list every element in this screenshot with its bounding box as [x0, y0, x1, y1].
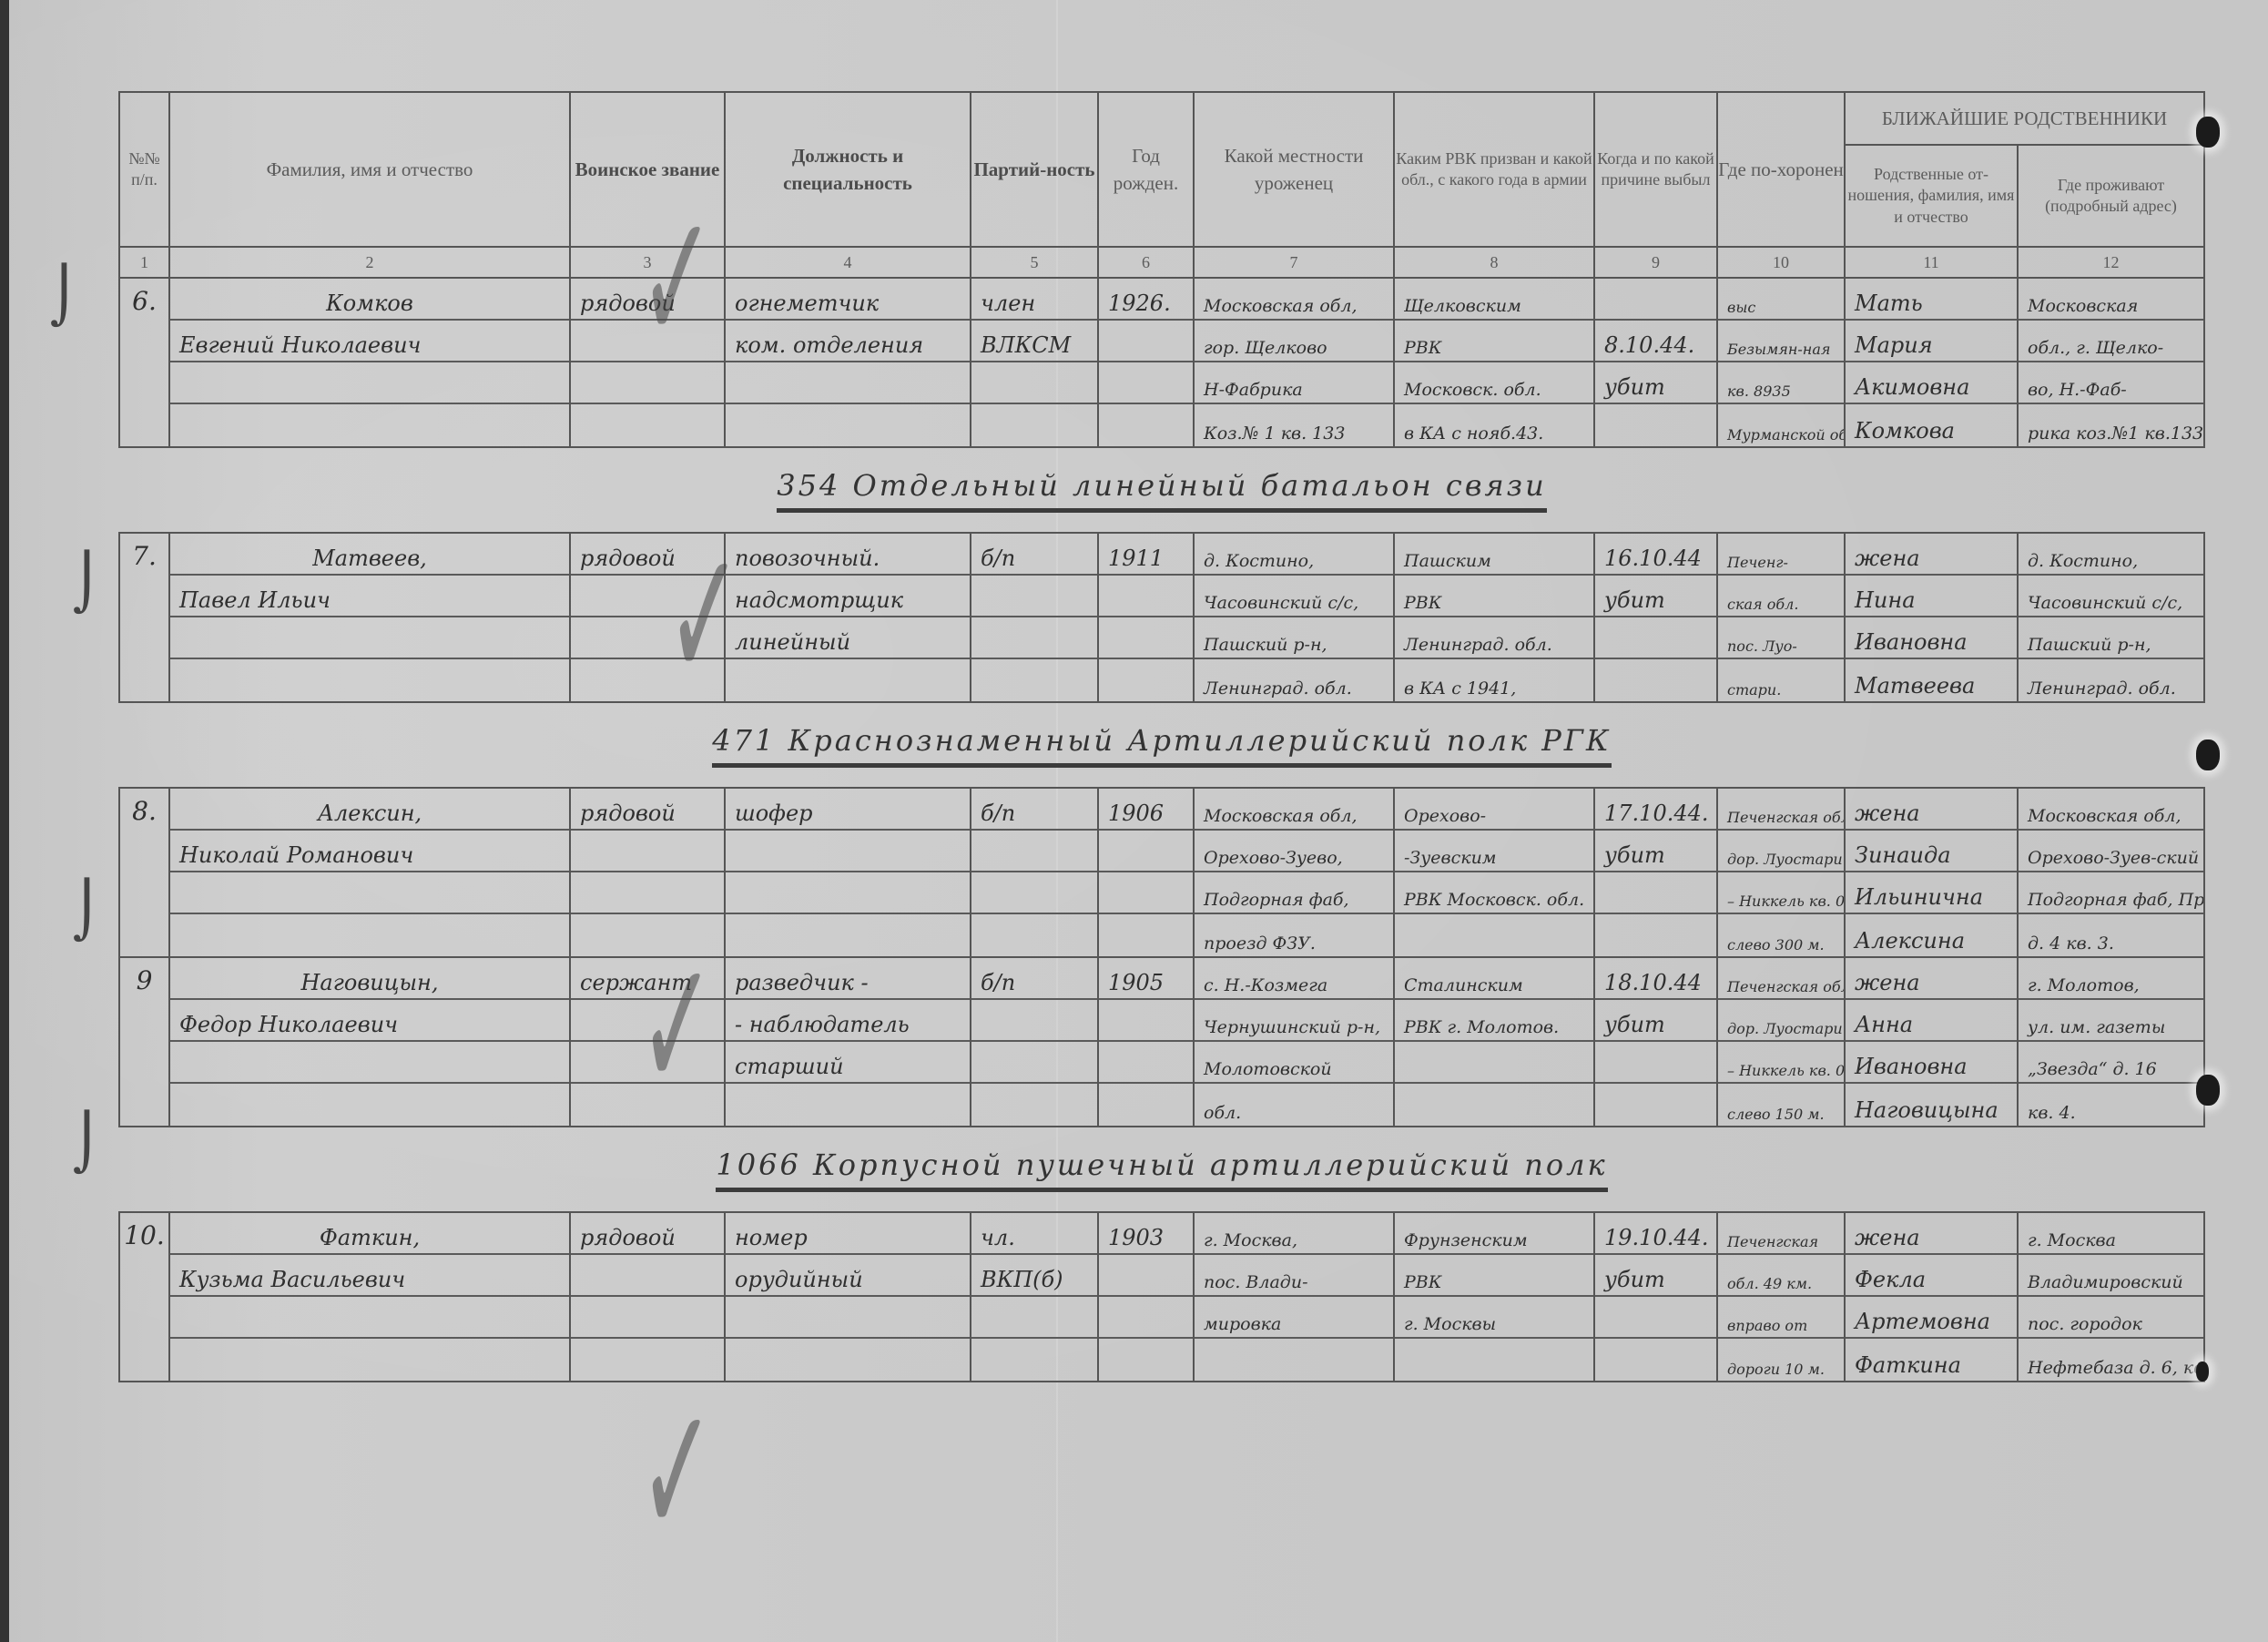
address-line: г. Москва — [2019, 1213, 2203, 1255]
rank-line — [571, 872, 724, 914]
name-line — [170, 617, 569, 659]
rvk-cell: Орехово--ЗуевскимРВК Московск. обл. — [1394, 788, 1594, 957]
when-why-line: 16.10.44 — [1595, 534, 1716, 576]
col-header-rvk: Каким РВК призван и какой обл., с какого… — [1394, 92, 1594, 247]
rvk-line: РВК Московск. обл. — [1395, 872, 1593, 914]
relative-line: Артемовна — [1846, 1297, 2017, 1339]
address-line: Ленинград. обл. — [2019, 659, 2203, 701]
position-line — [726, 1297, 970, 1339]
buried-line: обл. 49 км. — [1718, 1255, 1844, 1297]
address-line: Владимировский — [2019, 1255, 2203, 1297]
address-cell: г. МоскваВладимировскийпос. городокНефте… — [2018, 1212, 2204, 1382]
birthplace-line: Московская обл, — [1195, 279, 1393, 321]
birth-year-line — [1099, 1255, 1193, 1297]
party-line — [971, 1000, 1097, 1042]
birth-year-line — [1099, 404, 1193, 446]
when-why-line: 8.10.44. — [1595, 321, 1716, 362]
when-why-line — [1595, 1084, 1716, 1126]
position-line: орудийный — [726, 1255, 970, 1297]
buried-line: дор. Луостари — [1718, 831, 1844, 872]
unit-section-title: 471 Краснознаменный Артиллерийский полк … — [712, 723, 1611, 768]
party-line — [971, 659, 1097, 701]
address-line: Пашский р-н, — [2019, 617, 2203, 659]
position-cell: номерорудийный — [725, 1212, 971, 1382]
address-cell: Московскаяобл., г. Щелко-во, Н.-Фаб-рика… — [2018, 278, 2204, 447]
relative-cell: МатьМарияАкимовнаКомкова — [1845, 278, 2018, 447]
address-line: Московская — [2019, 279, 2203, 321]
birthplace-cell: с. Н.-КозмегаЧернушинский р-н,Молотовско… — [1194, 957, 1394, 1127]
address-line: рика коз.№1 кв.133 — [2019, 404, 2203, 446]
party-line — [971, 1084, 1097, 1126]
rvk-line: РВК г. Молотов. — [1395, 1000, 1593, 1042]
buried-cell: Печенгскаяобл. 49 км.вправо отдороги 10 … — [1717, 1212, 1845, 1382]
name-cell: Матвеев,Павел Ильич — [169, 533, 570, 702]
name-line — [170, 404, 569, 446]
position-line — [726, 914, 970, 956]
birth-year-line — [1099, 1297, 1193, 1339]
address-line: Московская обл, — [2019, 789, 2203, 831]
birthplace-cell: г. Москва,пос. Влади-мировка — [1194, 1212, 1394, 1382]
relative-line: жена — [1846, 534, 2017, 576]
name-line — [170, 1339, 569, 1381]
rank-line — [571, 404, 724, 446]
birthplace-line: обл. — [1195, 1084, 1393, 1126]
buried-line: Печенгская — [1718, 1213, 1844, 1255]
when-why-line: 18.10.44 — [1595, 958, 1716, 1000]
entry-number: 9 — [119, 957, 169, 1127]
rvk-line: Сталинским — [1395, 958, 1593, 1000]
rvk-line — [1395, 1339, 1593, 1381]
address-line: кв. 4. — [2019, 1084, 2203, 1126]
unit-section-cell: 471 Краснознаменный Артиллерийский полк … — [119, 702, 2204, 788]
position-line: огнеметчик — [726, 279, 970, 321]
position-cell: повозочный.надсмотрщиклинейный — [725, 533, 971, 702]
birth-year-line: 1903 — [1099, 1213, 1193, 1255]
party-line: член — [971, 279, 1097, 321]
col-num: 5 — [971, 247, 1098, 278]
when-why-line — [1595, 914, 1716, 956]
table-row: 6.КомковЕвгений Николаевичрядовойогнемет… — [119, 278, 2204, 447]
birthplace-cell: д. Костино,Часовинский с/с,Пашский р-н,Л… — [1194, 533, 1394, 702]
birthplace-line: Пашский р-н, — [1195, 617, 1393, 659]
when-why-line: убит — [1595, 576, 1716, 617]
birthplace-line: Ленинград. обл. — [1195, 659, 1393, 701]
rvk-line: -Зуевским — [1395, 831, 1593, 872]
relative-cell: женаНинаИвановнаМатвеева — [1845, 533, 2018, 702]
party-cell: чл.ВКП(б) — [971, 1212, 1098, 1382]
party-line: чл. — [971, 1213, 1097, 1255]
when-why-line: 17.10.44. — [1595, 789, 1716, 831]
name-line — [170, 872, 569, 914]
address-cell: г. Молотов,ул. им. газеты„Звезда“ д. 16к… — [2018, 957, 2204, 1127]
rvk-line: Московск. обл. — [1395, 362, 1593, 404]
birth-year-cell: 1926. — [1098, 278, 1194, 447]
rvk-line — [1395, 914, 1593, 956]
party-line — [971, 1042, 1097, 1084]
name-line — [170, 1042, 569, 1084]
birthplace-line: г. Москва, — [1195, 1213, 1393, 1255]
birth-year-line: 1905 — [1099, 958, 1193, 1000]
relative-line: Зинаида — [1846, 831, 2017, 872]
birth-year-line — [1099, 914, 1193, 956]
buried-cell: высБезымян-наякв. 8935Мурманской обл. — [1717, 278, 1845, 447]
birth-year-cell: 1911 — [1098, 533, 1194, 702]
party-line: ВКП(б) — [971, 1255, 1097, 1297]
birthplace-line: гор. Щелково — [1195, 321, 1393, 362]
rvk-cell: ЩелковскимРВКМосковск. обл.в КА с нояб.4… — [1394, 278, 1594, 447]
buried-line: Печенгская обл. — [1718, 789, 1844, 831]
birth-year-line — [1099, 1042, 1193, 1084]
when-why-line — [1595, 404, 1716, 446]
col-num: 9 — [1594, 247, 1717, 278]
table-row: 8.Алексин,Николай Романовичрядовойшоферб… — [119, 788, 2204, 957]
birthplace-line: Коз.№ 1 кв. 133 — [1195, 404, 1393, 446]
table-row: 9Наговицын,Федор Николаевичсержантразвед… — [119, 957, 2204, 1127]
name-line — [170, 362, 569, 404]
col-num: 12 — [2018, 247, 2204, 278]
position-cell: огнеметчикком. отделения — [725, 278, 971, 447]
address-line: д. 4 кв. 3. — [2019, 914, 2203, 956]
col-header-buried: Где по-хоронен — [1717, 92, 1845, 247]
when-why-cell: 17.10.44.убит — [1594, 788, 1717, 957]
buried-line: Безымян-ная — [1718, 321, 1844, 362]
buried-line: выс — [1718, 279, 1844, 321]
birthplace-line: пос. Влади- — [1195, 1255, 1393, 1297]
rvk-cell: ПашскимРВКЛенинград. обл.в КА с 1941, — [1394, 533, 1594, 702]
relative-line: Нина — [1846, 576, 2017, 617]
check-mark-icon: ✓ — [639, 920, 716, 1132]
relative-line: Наговицына — [1846, 1084, 2017, 1126]
name-cell: КомковЕвгений Николаевич — [169, 278, 570, 447]
col-header-party: Партий-ность — [971, 92, 1098, 247]
rank-line: рядовой — [571, 1213, 724, 1255]
unit-section-row: 1066 Корпусной пушечный артиллерийский п… — [119, 1127, 2204, 1212]
position-line: старший — [726, 1042, 970, 1084]
when-why-line — [1595, 1297, 1716, 1339]
col-num: 11 — [1845, 247, 2018, 278]
entry-number: 10. — [119, 1212, 169, 1382]
col-num: 6 — [1098, 247, 1194, 278]
address-cell: д. Костино,Часовинский с/с,Пашский р-н,Л… — [2018, 533, 2204, 702]
name-cell: Алексин,Николай Романович — [169, 788, 570, 957]
address-line: обл., г. Щелко- — [2019, 321, 2203, 362]
address-line: Часовинский с/с, — [2019, 576, 2203, 617]
position-line: разведчик - — [726, 958, 970, 1000]
party-line: б/п — [971, 958, 1097, 1000]
col-header-address: Где проживают (подробный адрес) — [2018, 145, 2204, 247]
margin-tick-icon: ⌡ — [73, 1111, 101, 1175]
col-header-when-why: Когда и по какой причине выбыл — [1594, 92, 1717, 247]
birth-year-cell: 1906 — [1098, 788, 1194, 957]
check-mark-icon: ✓ — [639, 1366, 716, 1578]
margin-tick-icon: ⌡ — [73, 879, 101, 943]
name-cell: Наговицын,Федор Николаевич — [169, 957, 570, 1127]
col-header-birth-year: Год рожден. — [1098, 92, 1194, 247]
birth-year-line: 1926. — [1099, 279, 1193, 321]
check-mark-icon: ✓ — [639, 173, 716, 385]
birthplace-line: с. Н.-Козмега — [1195, 958, 1393, 1000]
col-num: 8 — [1394, 247, 1594, 278]
col-header-relative: Родственные от-ношения, фамилия, имя и о… — [1845, 145, 2018, 247]
rvk-line: Фрунзенским — [1395, 1213, 1593, 1255]
party-line — [971, 872, 1097, 914]
when-why-cell: 18.10.44убит — [1594, 957, 1717, 1127]
position-line — [726, 1084, 970, 1126]
name-line: Комков — [170, 279, 569, 321]
rank-line — [571, 1297, 724, 1339]
position-line — [726, 404, 970, 446]
name-line — [170, 1297, 569, 1339]
address-cell: Московская обл,Орехово-Зуев-ский район,П… — [2018, 788, 2204, 957]
buried-line: дороги 10 м. — [1718, 1339, 1844, 1381]
position-line — [726, 872, 970, 914]
party-cell: б/п — [971, 957, 1098, 1127]
name-line — [170, 914, 569, 956]
relative-line: жена — [1846, 958, 2017, 1000]
relative-line: Комкова — [1846, 404, 2017, 446]
buried-line: Мурманской обл. — [1718, 404, 1844, 446]
rvk-line: Пашским — [1395, 534, 1593, 576]
relative-line: Ильинична — [1846, 872, 2017, 914]
birthplace-line: Орехово-Зуево, — [1195, 831, 1393, 872]
address-line: ул. им. газеты — [2019, 1000, 2203, 1042]
birthplace-line: Московская обл, — [1195, 789, 1393, 831]
relative-line: жена — [1846, 1213, 2017, 1255]
check-mark-icon: ✓ — [666, 510, 743, 722]
birth-year-line: 1906 — [1099, 789, 1193, 831]
relative-line: Ивановна — [1846, 1042, 2017, 1084]
col-num: 7 — [1194, 247, 1394, 278]
name-line — [170, 659, 569, 701]
relative-line: Фекла — [1846, 1255, 2017, 1297]
party-line — [971, 1339, 1097, 1381]
name-line: Евгений Николаевич — [170, 321, 569, 362]
rvk-line: г. Москвы — [1395, 1297, 1593, 1339]
rvk-line: Щелковским — [1395, 279, 1593, 321]
unit-section-title: 1066 Корпусной пушечный артиллерийский п… — [716, 1147, 1607, 1192]
rvk-line: в КА с нояб.43. — [1395, 404, 1593, 446]
col-header-number: №№ п/п. — [119, 92, 169, 247]
birth-year-cell: 1905 — [1098, 957, 1194, 1127]
rvk-line: РВК — [1395, 321, 1593, 362]
rank-line — [571, 1255, 724, 1297]
party-line — [971, 617, 1097, 659]
position-line: ком. отделения — [726, 321, 970, 362]
casualty-table-wrapper: №№ п/п. Фамилия, имя и отчество Воинское… — [118, 91, 2203, 1382]
rvk-line — [1395, 1084, 1593, 1126]
rvk-line: РВК — [1395, 576, 1593, 617]
col-header-name: Фамилия, имя и отчество — [169, 92, 570, 247]
rank-cell: рядовой — [570, 1212, 725, 1382]
buried-cell: Печенгская обл.дор. Луостари– Никкель кв… — [1717, 957, 1845, 1127]
column-number-row: 1 2 3 4 5 6 7 8 9 10 11 12 — [119, 247, 2204, 278]
col-num: 4 — [725, 247, 971, 278]
birth-year-line — [1099, 617, 1193, 659]
party-line — [971, 576, 1097, 617]
col-header-relatives-group: БЛИЖАЙШИЕ РОДСТВЕННИКИ — [1845, 92, 2204, 145]
party-cell: членВЛКСМ — [971, 278, 1098, 447]
buried-cell: Печенгская обл.дор. Луостари– Никкель кв… — [1717, 788, 1845, 957]
col-header-position: Должность и специальность — [725, 92, 971, 247]
relative-line: Ивановна — [1846, 617, 2017, 659]
punch-hole — [2196, 117, 2220, 148]
birthplace-line: Часовинский с/с, — [1195, 576, 1393, 617]
col-num: 2 — [169, 247, 570, 278]
address-line: д. Костино, — [2019, 534, 2203, 576]
birthplace-cell: Московская обл,гор. ЩелковоН-ФабрикаКоз.… — [1194, 278, 1394, 447]
document-page: №№ п/п. Фамилия, имя и отчество Воинское… — [0, 0, 2268, 1642]
birth-year-cell: 1903 — [1098, 1212, 1194, 1382]
punch-hole — [2196, 739, 2220, 770]
when-why-line — [1595, 1339, 1716, 1381]
rvk-line: Орехово- — [1395, 789, 1593, 831]
name-line: Кузьма Васильевич — [170, 1255, 569, 1297]
when-why-line — [1595, 1042, 1716, 1084]
unit-section-cell: 354 Отдельный линейный батальон связи — [119, 447, 2204, 533]
birthplace-line — [1195, 1339, 1393, 1381]
party-line: ВЛКСМ — [971, 321, 1097, 362]
rvk-line — [1395, 1042, 1593, 1084]
party-line — [971, 1297, 1097, 1339]
buried-line: – Никкель кв. 0515(2) — [1718, 872, 1844, 914]
relative-line: Фаткина — [1846, 1339, 2017, 1381]
position-line: надсмотрщик — [726, 576, 970, 617]
birthplace-line: д. Костино, — [1195, 534, 1393, 576]
col-header-birthplace: Какой местности уроженец — [1194, 92, 1394, 247]
position-line: номер — [726, 1213, 970, 1255]
party-line: б/п — [971, 789, 1097, 831]
relative-cell: женаЗинаидаИльиничнаАлексина — [1845, 788, 2018, 957]
birth-year-line — [1099, 576, 1193, 617]
rank-line: рядовой — [571, 789, 724, 831]
relative-cell: женаАннаИвановнаНаговицына — [1845, 957, 2018, 1127]
position-line: шофер — [726, 789, 970, 831]
buried-line: дор. Луостари — [1718, 1000, 1844, 1042]
when-why-line: убит — [1595, 1255, 1716, 1297]
birth-year-line — [1099, 1339, 1193, 1381]
rvk-cell: ФрунзенскимРВКг. Москвы — [1394, 1212, 1594, 1382]
unit-section-cell: 1066 Корпусной пушечный артиллерийский п… — [119, 1127, 2204, 1212]
name-line: Наговицын, — [170, 958, 569, 1000]
relative-cell: женаФеклаАртемовнаФаткина — [1845, 1212, 2018, 1382]
table-header: №№ п/п. Фамилия, имя и отчество Воинское… — [119, 92, 2204, 278]
birth-year-line: 1911 — [1099, 534, 1193, 576]
address-line: г. Молотов, — [2019, 958, 2203, 1000]
address-line: Подгорная фаб, Проезд ФЗУ — [2019, 872, 2203, 914]
address-line: пос. городок — [2019, 1297, 2203, 1339]
entry-number: 6. — [119, 278, 169, 447]
name-line: Николай Романович — [170, 831, 569, 872]
birthplace-line: Чернушинский р-н, — [1195, 1000, 1393, 1042]
buried-line: Печенг- — [1718, 534, 1844, 576]
buried-line: ская обл. — [1718, 576, 1844, 617]
unit-section-title: 354 Отдельный линейный батальон связи — [777, 468, 1546, 513]
address-line: Нефтебаза д. 6, кв. 23. — [2019, 1339, 2203, 1381]
when-why-cell: 8.10.44.убит — [1594, 278, 1717, 447]
rank-line — [571, 831, 724, 872]
birthplace-line: Подгорная фаб, — [1195, 872, 1393, 914]
party-cell: б/п — [971, 533, 1098, 702]
position-cell: шофер — [725, 788, 971, 957]
buried-line: Печенгская обл. — [1718, 958, 1844, 1000]
rvk-line: Ленинград. обл. — [1395, 617, 1593, 659]
scan-edge — [0, 0, 9, 1642]
position-line: - наблюдатель — [726, 1000, 970, 1042]
when-why-cell: 19.10.44.убит — [1594, 1212, 1717, 1382]
name-line: Павел Ильич — [170, 576, 569, 617]
when-why-line: убит — [1595, 362, 1716, 404]
when-why-line — [1595, 659, 1716, 701]
name-line: Алексин, — [170, 789, 569, 831]
buried-line: – Никкель кв. 0208-Б. — [1718, 1042, 1844, 1084]
relative-line: Алексина — [1846, 914, 2017, 956]
relative-line: Матвеева — [1846, 659, 2017, 701]
birthplace-line: Молотовской — [1195, 1042, 1393, 1084]
name-line: Матвеев, — [170, 534, 569, 576]
position-line — [726, 362, 970, 404]
relative-line: Мария — [1846, 321, 2017, 362]
margin-tick-icon: ⌡ — [73, 551, 101, 615]
relative-line: Анна — [1846, 1000, 2017, 1042]
birth-year-line — [1099, 1084, 1193, 1126]
position-line — [726, 659, 970, 701]
buried-line: пос. Луо- — [1718, 617, 1844, 659]
entry-number: 7. — [119, 533, 169, 702]
position-line: линейный — [726, 617, 970, 659]
birth-year-line — [1099, 831, 1193, 872]
party-cell: б/п — [971, 788, 1098, 957]
when-why-line — [1595, 279, 1716, 321]
birthplace-cell: Московская обл,Орехово-Зуево,Подгорная ф… — [1194, 788, 1394, 957]
birthplace-line: Н-Фабрика — [1195, 362, 1393, 404]
party-line — [971, 404, 1097, 446]
unit-section-row: 354 Отдельный линейный батальон связи — [119, 447, 2204, 533]
buried-line: кв. 8935 — [1718, 362, 1844, 404]
when-why-line: 19.10.44. — [1595, 1213, 1716, 1255]
when-why-line: убит — [1595, 1000, 1716, 1042]
punch-hole — [2196, 1075, 2220, 1106]
punch-hole — [2196, 1362, 2209, 1382]
col-num: 10 — [1717, 247, 1845, 278]
address-line: Орехово-Зуев-ский район, — [2019, 831, 2203, 872]
address-line: во, Н.-Фаб- — [2019, 362, 2203, 404]
position-line — [726, 831, 970, 872]
party-line — [971, 914, 1097, 956]
entry-number: 8. — [119, 788, 169, 957]
position-cell: разведчик -- наблюдательстарший — [725, 957, 971, 1127]
position-line — [726, 1339, 970, 1381]
birth-year-line — [1099, 362, 1193, 404]
buried-cell: Печенг-ская обл.пос. Луо-стари. — [1717, 533, 1845, 702]
party-line — [971, 831, 1097, 872]
birthplace-line: проезд ФЗУ. — [1195, 914, 1393, 956]
party-line — [971, 362, 1097, 404]
relative-line: Мать — [1846, 279, 2017, 321]
table-row: 10.Фаткин,Кузьма Васильевичрядовойномеро… — [119, 1212, 2204, 1382]
relative-line: Акимовна — [1846, 362, 2017, 404]
party-line: б/п — [971, 534, 1097, 576]
birthplace-line: мировка — [1195, 1297, 1393, 1339]
buried-line: вправо от — [1718, 1297, 1844, 1339]
buried-line: стари. — [1718, 659, 1844, 701]
table-row: 7.Матвеев,Павел Ильичрядовойповозочный.н… — [119, 533, 2204, 702]
relative-line: жена — [1846, 789, 2017, 831]
buried-line: слево 150 м. — [1718, 1084, 1844, 1126]
name-line: Федор Николаевич — [170, 1000, 569, 1042]
unit-section-row: 471 Краснознаменный Артиллерийский полк … — [119, 702, 2204, 788]
rvk-cell: СталинскимРВК г. Молотов. — [1394, 957, 1594, 1127]
birth-year-line — [1099, 1000, 1193, 1042]
